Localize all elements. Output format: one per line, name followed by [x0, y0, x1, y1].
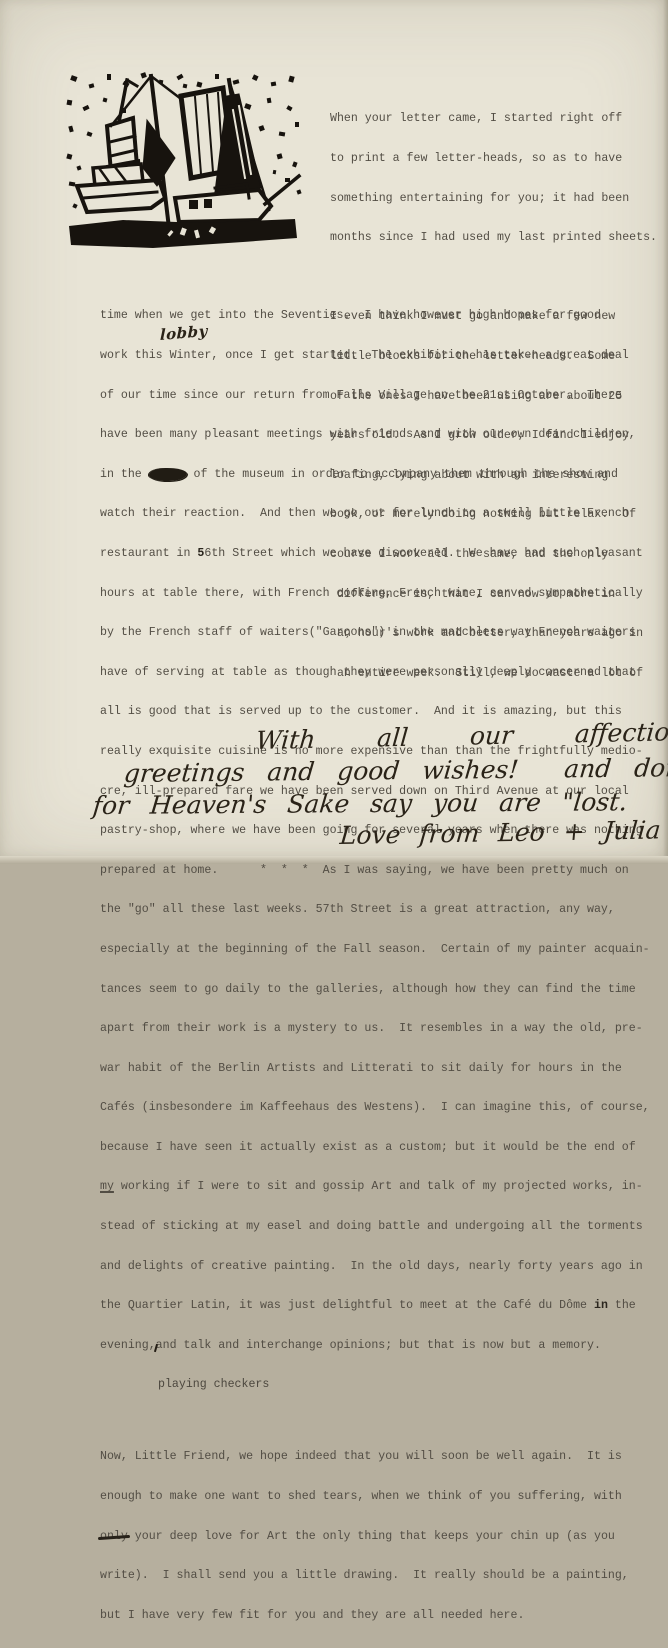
typed-line: When your letter came, I started right o… [330, 112, 666, 125]
typed-line: time when we get into the Seventies. I h… [100, 309, 668, 322]
text-segment: of the museum in order to accompany them… [187, 468, 618, 481]
letter-paper: When your letter came, I started right o… [0, 0, 668, 864]
text-segment: in the [100, 468, 149, 481]
typed-line: of our time since our return from Falls … [100, 389, 668, 402]
handwritten-closing-line-2: greetings and good wishes! and don't [123, 753, 668, 788]
typed-line: to print a few letter-heads, so as to ha… [330, 152, 666, 165]
typed-line: something entertaining for you; it had b… [330, 192, 666, 205]
text-segment: restaurant in [100, 547, 197, 560]
typed-line: have been many pleasant meetings with fr… [100, 428, 668, 441]
typed-line: work this Winter, once I get started. Th… [100, 349, 668, 362]
paper-edge-bottom [0, 856, 668, 864]
handwritten-closing-line-3: for Heaven's Sake say you are "lost. [92, 787, 629, 820]
typed-line-blank [330, 271, 666, 284]
ship-woodcut-print [63, 70, 303, 272]
water-group [69, 219, 297, 248]
typed-line: watch their reaction. And then we go out… [100, 507, 668, 520]
handwritten-signature-line: Love from Leo + Julia [339, 815, 662, 850]
inked-out-word: hall [149, 468, 187, 481]
typed-line: hours at table there, with French cookin… [100, 587, 668, 600]
typed-line: have of serving at table as though they … [100, 666, 668, 679]
paper-edge-right [663, 0, 668, 864]
typed-line: months since I had used my last printed … [330, 231, 666, 244]
text-segment: 6th Street which we have discovered. We … [204, 547, 642, 560]
ship-illustration [63, 70, 303, 272]
typed-line: by the French staff of waiters("Garçons"… [100, 626, 668, 639]
typed-line: all is good that is served up to the cus… [100, 705, 668, 718]
typed-line-with-correction: in the hall of the museum in order to ac… [100, 468, 668, 481]
typed-line-with-overstrike: restaurant in 56th Street which we have … [100, 547, 668, 560]
